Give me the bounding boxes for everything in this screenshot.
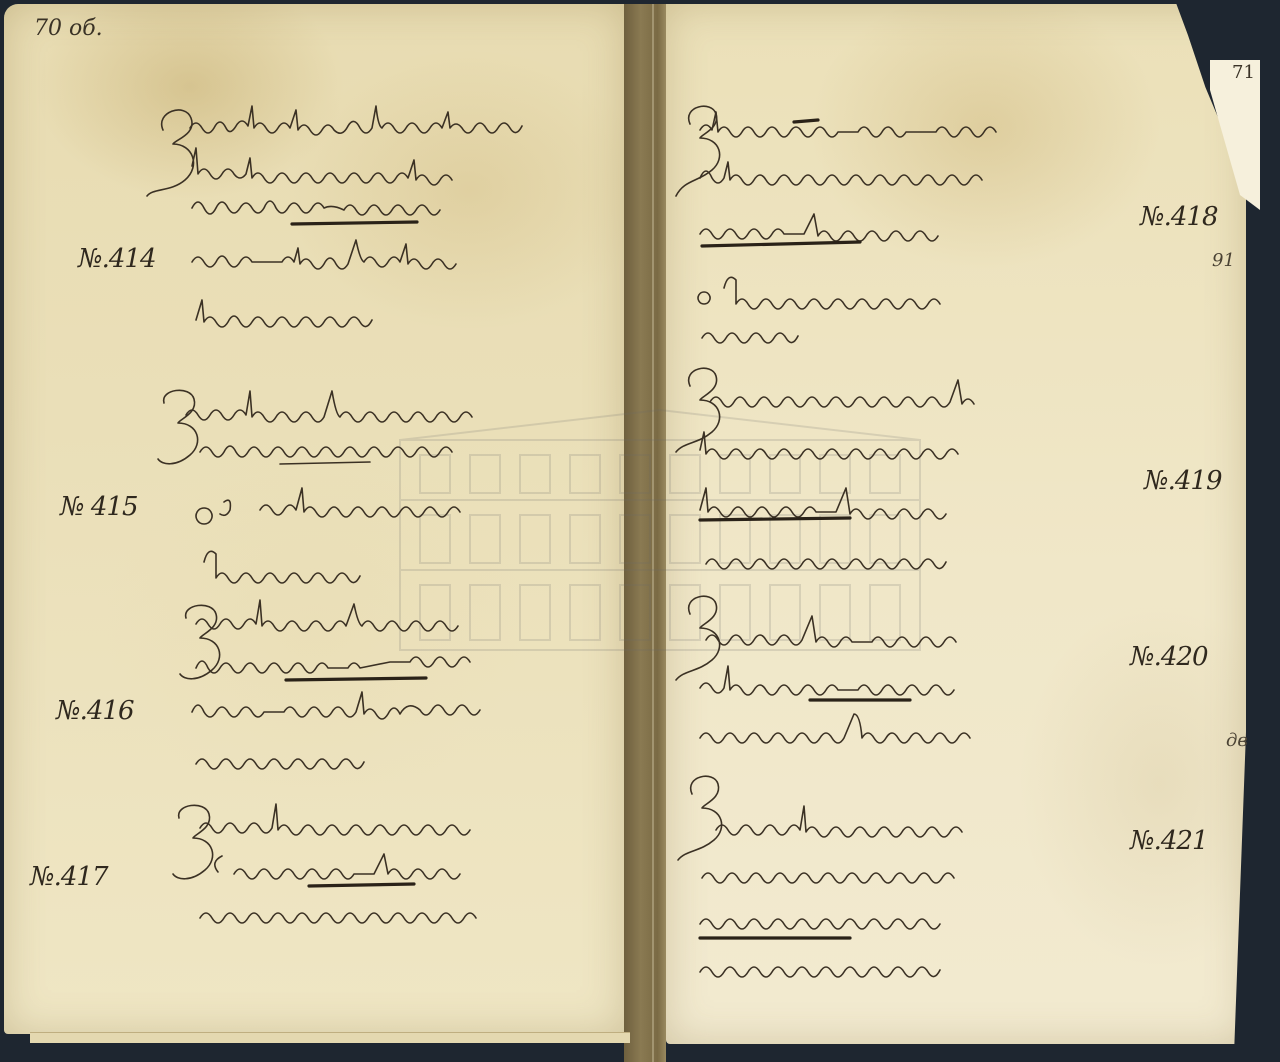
- entry-number-418: №.418: [1140, 202, 1218, 232]
- handwriting-line: [196, 290, 416, 330]
- handwriting-line: [716, 800, 1136, 840]
- handwriting-line: [700, 898, 1140, 938]
- handwriting-line: [186, 385, 622, 425]
- handwriting-line: [700, 660, 1140, 700]
- handwriting-line: [196, 640, 622, 680]
- handwriting-line: [200, 890, 624, 930]
- handwriting-line: [700, 712, 1140, 752]
- handwriting-line: [706, 610, 1126, 650]
- handwriting-line: [190, 100, 620, 140]
- handwriting-line: [700, 422, 1150, 462]
- handwriting-line: [702, 850, 1142, 890]
- handwriting-line: [706, 536, 1006, 576]
- handwriting-line: [702, 310, 812, 350]
- folio-number-left: 70 об.: [34, 16, 103, 41]
- handwriting-line: [710, 372, 1150, 412]
- handwriting-line: [214, 846, 624, 886]
- handwriting-line: [200, 428, 620, 468]
- manuscript-spread: 70 об. 71 91 дв №.414 № 415 №.416 №.417 …: [0, 0, 1280, 1062]
- handwriting-line: [204, 538, 404, 578]
- entry-number-416: №.416: [56, 696, 134, 726]
- entry-number-414: №.414: [78, 244, 156, 274]
- handwriting-line: [192, 688, 622, 728]
- entry-number-420: №.420: [1130, 642, 1208, 672]
- entry-number-419: №.419: [1144, 466, 1222, 496]
- handwriting-line: [700, 208, 1130, 248]
- handwriting-line: [200, 480, 620, 520]
- margin-note-91: 91: [1212, 250, 1235, 271]
- handwriting-line: [196, 594, 622, 634]
- handwriting-line: [200, 798, 624, 838]
- folio-number-right: 71: [1232, 62, 1255, 83]
- handwriting-line: [700, 150, 1160, 190]
- handwriting-line: [196, 736, 396, 776]
- page-edge: [30, 1032, 630, 1043]
- book-spine: [624, 4, 666, 1062]
- handwriting-line: [192, 236, 612, 276]
- handwriting-line: [192, 186, 622, 226]
- entry-number-415: № 415: [60, 492, 138, 522]
- handwriting-line: [700, 264, 1120, 304]
- handwriting-line: [700, 100, 1160, 140]
- handwriting-line: [700, 480, 1120, 520]
- entry-number-417: №.417: [30, 862, 108, 892]
- handwriting-line: [700, 944, 970, 984]
- margin-note-dv: дв: [1226, 730, 1248, 751]
- handwriting-line: [192, 140, 622, 180]
